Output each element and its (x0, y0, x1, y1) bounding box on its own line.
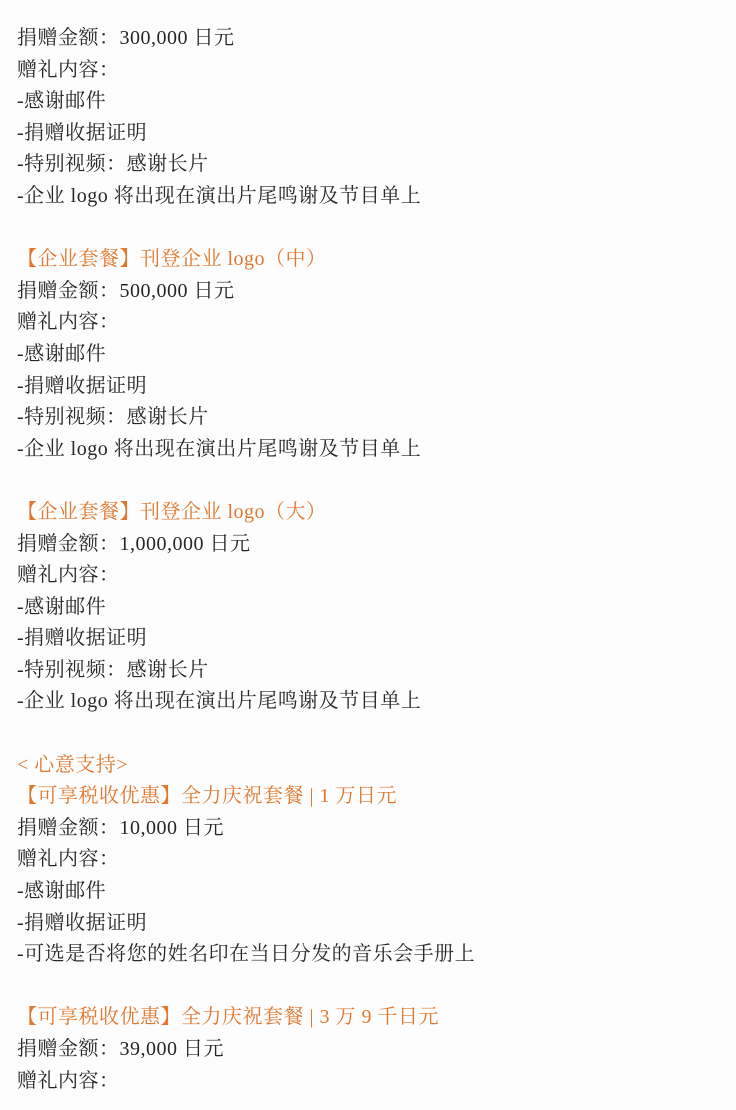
package-heading: 【企业套餐】刊登企业 logo（中） (17, 244, 716, 276)
gift-content-label: 赠礼内容： (17, 560, 716, 592)
gift-item: -捐赠收据证明 (17, 623, 716, 655)
gift-item: -特别视频：感谢长片 (17, 655, 716, 687)
gift-item: -捐赠收据证明 (17, 371, 716, 403)
package-section: 【企业套餐】刊登企业 logo（中） 捐赠金额：500,000 日元 赠礼内容：… (17, 244, 716, 465)
package-section: 【企业套餐】刊登企业 logo（大） 捐赠金额：1,000,000 日元 赠礼内… (17, 497, 716, 718)
donation-amount: 捐赠金额：500,000 日元 (17, 276, 716, 308)
donation-amount: 捐赠金额：300,000 日元 (17, 23, 716, 55)
package-heading: 【可享税收优惠】全力庆祝套餐 | 3 万 9 千日元 (17, 1002, 716, 1034)
donation-amount: 捐赠金额：10,000 日元 (17, 813, 716, 845)
package-section: < 心意支持> 【可享税收优惠】全力庆祝套餐 | 1 万日元 捐赠金额：10,0… (17, 750, 716, 971)
gift-item: -企业 logo 将出现在演出片尾鸣谢及节目单上 (17, 434, 716, 466)
gift-item: -感谢邮件 (17, 339, 716, 371)
donation-amount: 捐赠金额：1,000,000 日元 (17, 529, 716, 561)
donation-amount: 捐赠金额：39,000 日元 (17, 1034, 716, 1066)
gift-item: -特别视频：感谢长片 (17, 402, 716, 434)
package-section: 捐赠金额：300,000 日元 赠礼内容： -感谢邮件 -捐赠收据证明 -特别视… (17, 23, 716, 213)
gift-content-label: 赠礼内容： (17, 55, 716, 87)
gift-item: -感谢邮件 (17, 876, 716, 908)
gift-content-label: 赠礼内容： (17, 1066, 716, 1098)
gift-content-label: 赠礼内容： (17, 307, 716, 339)
donation-tiers-document: 捐赠金额：300,000 日元 赠礼内容： -感谢邮件 -捐赠收据证明 -特别视… (0, 0, 736, 1097)
gift-item: -捐赠收据证明 (17, 908, 716, 940)
gift-item: -特别视频：感谢长片 (17, 149, 716, 181)
gift-item: -可选是否将您的姓名印在当日分发的音乐会手册上 (17, 939, 716, 971)
gift-content-label: 赠礼内容： (17, 844, 716, 876)
package-section: 【可享税收优惠】全力庆祝套餐 | 3 万 9 千日元 捐赠金额：39,000 日… (17, 1002, 716, 1097)
gift-item: -企业 logo 将出现在演出片尾鸣谢及节目单上 (17, 181, 716, 213)
gift-item: -企业 logo 将出现在演出片尾鸣谢及节目单上 (17, 686, 716, 718)
gift-item: -感谢邮件 (17, 592, 716, 624)
category-heading: < 心意支持> (17, 750, 716, 782)
package-heading: 【企业套餐】刊登企业 logo（大） (17, 497, 716, 529)
gift-item: -捐赠收据证明 (17, 118, 716, 150)
package-heading: 【可享税收优惠】全力庆祝套餐 | 1 万日元 (17, 781, 716, 813)
gift-item: -感谢邮件 (17, 86, 716, 118)
